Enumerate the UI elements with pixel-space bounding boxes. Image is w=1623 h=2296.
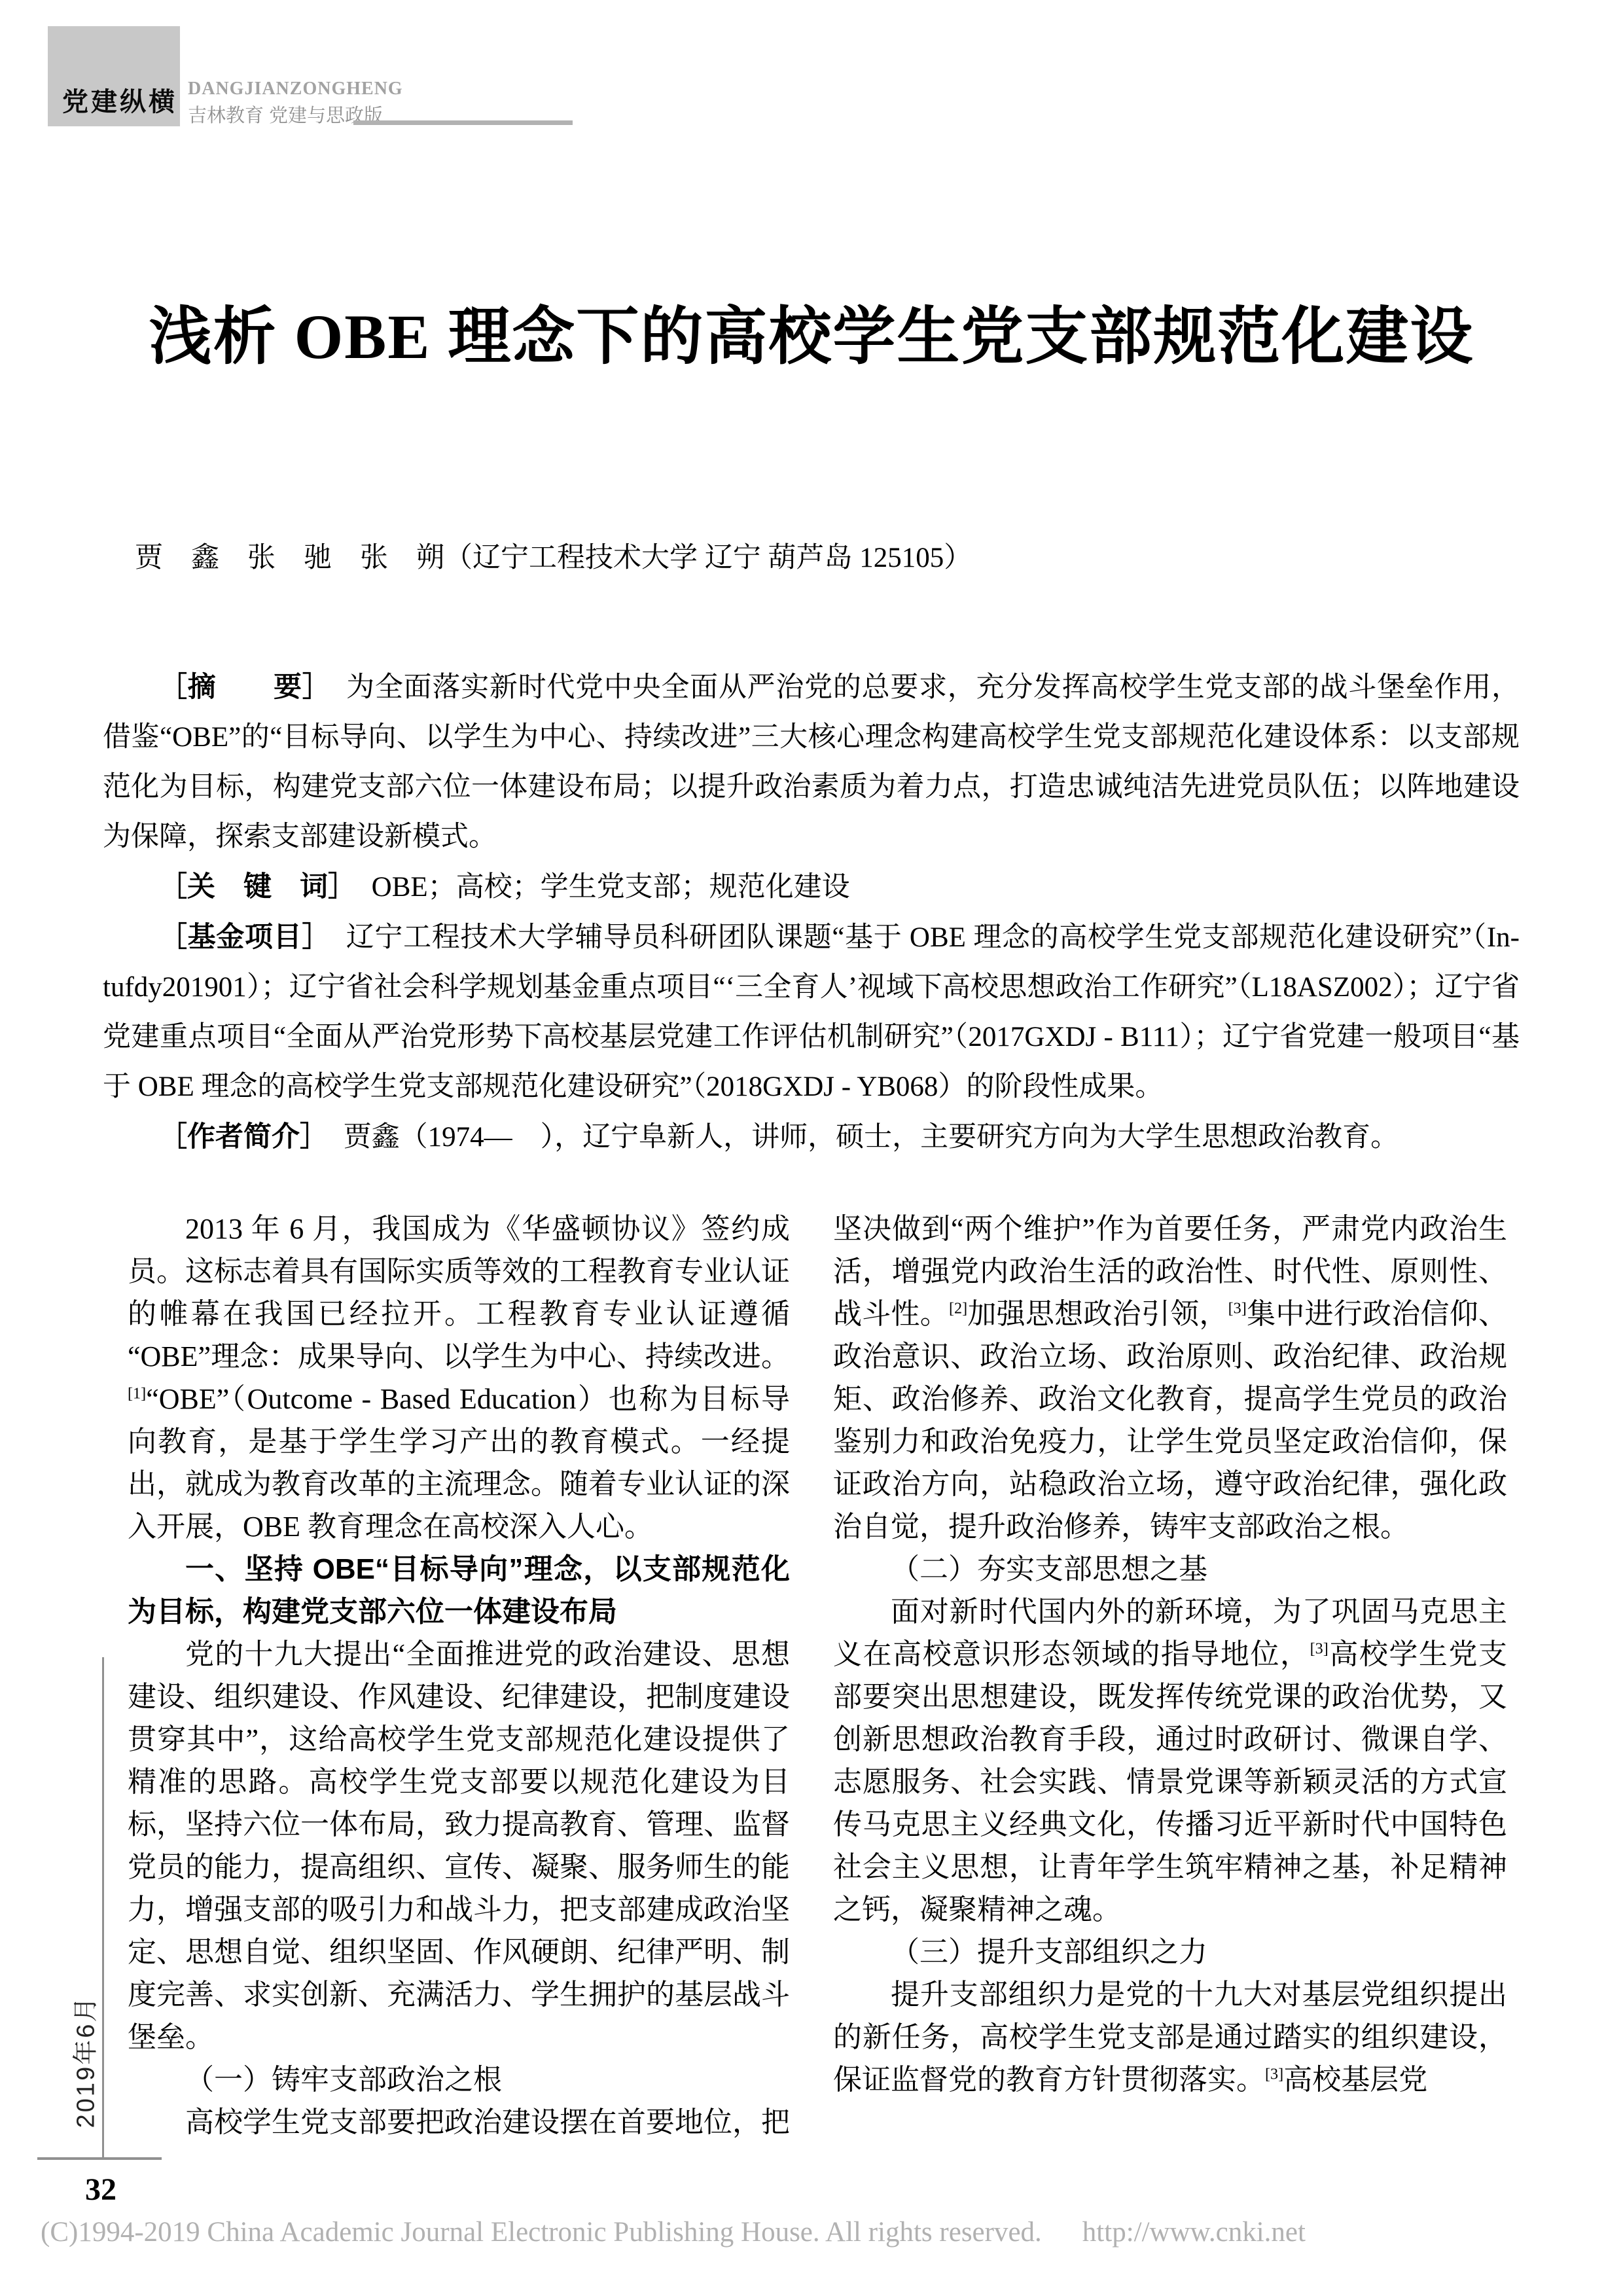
citation-marker-1: [1] xyxy=(128,1384,146,1402)
subsection-heading-2: （二）夯实支部思想之基 xyxy=(833,1548,1507,1590)
fund-paragraph: ［基金项目］辽宁工程技术大学辅导员科研团队课题“基于 OBE 理念的高校学生党支… xyxy=(103,912,1520,1112)
article-title: 浅析 OBE 理念下的高校学生党支部规范化建设 xyxy=(0,287,1623,376)
authors-line: 贾 鑫 张 驰 张 朔（辽宁工程技术大学 辽宁 葫芦岛 125105） xyxy=(135,535,972,575)
subsection-heading-1: （一）铸牢支部政治之根 xyxy=(128,2058,790,2101)
sidebar-horizontal-rule xyxy=(37,2157,162,2160)
left-column: 2013 年 6 月，我国成为《华盛顿协议》签约成员。这标志着具有国际实质等效的… xyxy=(128,1208,790,2144)
body-paragraph: 面对新时代国内外的新环境，为了巩固马克思主义在高校意识形态领域的指导地位，[3]… xyxy=(833,1590,1507,1931)
paragraph-text: “OBE”（Outcome - Based Education）也称为目标导向教… xyxy=(128,1383,790,1543)
author-bio-label: ［作者简介］ xyxy=(159,1121,328,1153)
header-rule xyxy=(353,120,573,125)
paragraph-text: 高校学生党支部要突出思想建设，既发挥传统党课的政治优势，又创新思想政治教育手段，… xyxy=(833,1638,1507,1926)
copyright-text: (C)1994-2019 China Academic Journal Elec… xyxy=(41,2217,1042,2248)
fund-label: ［基金项目］ xyxy=(159,922,330,953)
section-heading-1: 一、坚持 OBE“目标导向”理念，以支部规范化为目标，构建党支部六位一体建设布局 xyxy=(128,1548,790,1633)
masthead-brand-box: 党建纵横 xyxy=(48,26,180,126)
body-paragraph: 坚决做到“两个维护”作为首要任务，严肃党内政治生活，增强党内政治生活的政治性、时… xyxy=(833,1208,1507,1548)
page-number: 32 xyxy=(85,2172,116,2208)
paragraph-text: 集中进行政治信仰、政治意识、政治立场、政治原则、政治纪律、政治规矩、政治修养、政… xyxy=(833,1298,1507,1543)
body-paragraph: 2013 年 6 月，我国成为《华盛顿协议》签约成员。这标志着具有国际实质等效的… xyxy=(128,1208,790,1548)
journal-name-pinyin: DANGJIANZONGHENG xyxy=(188,79,403,99)
abstract-label: ［摘 要］ xyxy=(159,672,330,703)
keywords-label: ［关 键 词］ xyxy=(159,871,356,903)
citation-marker-5: [3] xyxy=(1265,2065,1283,2083)
subsection-heading-3: （三）提升支部组织之力 xyxy=(833,1931,1507,1973)
front-matter: ［摘 要］为全面落实新时代党中央全面从严治党的总要求，充分发挥高校学生党支部的战… xyxy=(103,662,1520,1162)
journal-brand: 党建纵横 xyxy=(62,81,177,118)
body-paragraph: 党的十九大提出“全面推进党的政治建设、思想建设、组织建设、作风建设、纪律建设，把… xyxy=(128,1633,790,2058)
keywords-text: OBE；高校；学生党支部；规范化建设 xyxy=(372,872,850,903)
citation-marker-3: [3] xyxy=(1228,1299,1247,1317)
journal-page: 党建纵横 DANGJIANZONGHENG 吉林教育 党建与思政版 浅析 OBE… xyxy=(0,0,1623,2296)
right-column: 坚决做到“两个维护”作为首要任务，严肃党内政治生活，增强党内政治生活的政治性、时… xyxy=(833,1208,1507,2101)
paragraph-text: 2013 年 6 月，我国成为《华盛顿协议》签约成员。这标志着具有国际实质等效的… xyxy=(128,1213,790,1372)
author-bio-text: 贾鑫（1974— ），辽宁阜新人，讲师，硕士，主要研究方向为大学生思想政治教育。 xyxy=(344,1122,1399,1153)
abstract-paragraph: ［摘 要］为全面落实新时代党中央全面从严治党的总要求，充分发挥高校学生党支部的战… xyxy=(103,662,1520,862)
body-paragraph: 高校学生党支部要把政治建设摆在首要地位，把 xyxy=(128,2101,790,2144)
paragraph-text: 加强思想政治引领， xyxy=(967,1298,1228,1330)
keywords-paragraph: ［关 键 词］OBE；高校；学生党支部；规范化建设 xyxy=(103,862,1520,912)
footer-copyright-line: (C)1994-2019 China Academic Journal Elec… xyxy=(41,2216,1306,2248)
author-bio-paragraph: ［作者简介］贾鑫（1974— ），辽宁阜新人，讲师，硕士，主要研究方向为大学生思… xyxy=(103,1112,1520,1162)
citation-marker-4: [3] xyxy=(1310,1640,1329,1657)
cnki-url: http://www.cnki.net xyxy=(1082,2217,1306,2248)
body-paragraph: 提升支部组织力是党的十九大对基层党组织提出的新任务，高校学生党支部是通过踏实的组… xyxy=(833,1973,1507,2101)
sidebar-vertical-rule xyxy=(102,1657,104,2157)
paragraph-text: 高校基层党 xyxy=(1283,2064,1427,2096)
issue-date-vertical: 2019年6月 xyxy=(65,1996,101,2128)
citation-marker-2: [2] xyxy=(949,1299,967,1317)
